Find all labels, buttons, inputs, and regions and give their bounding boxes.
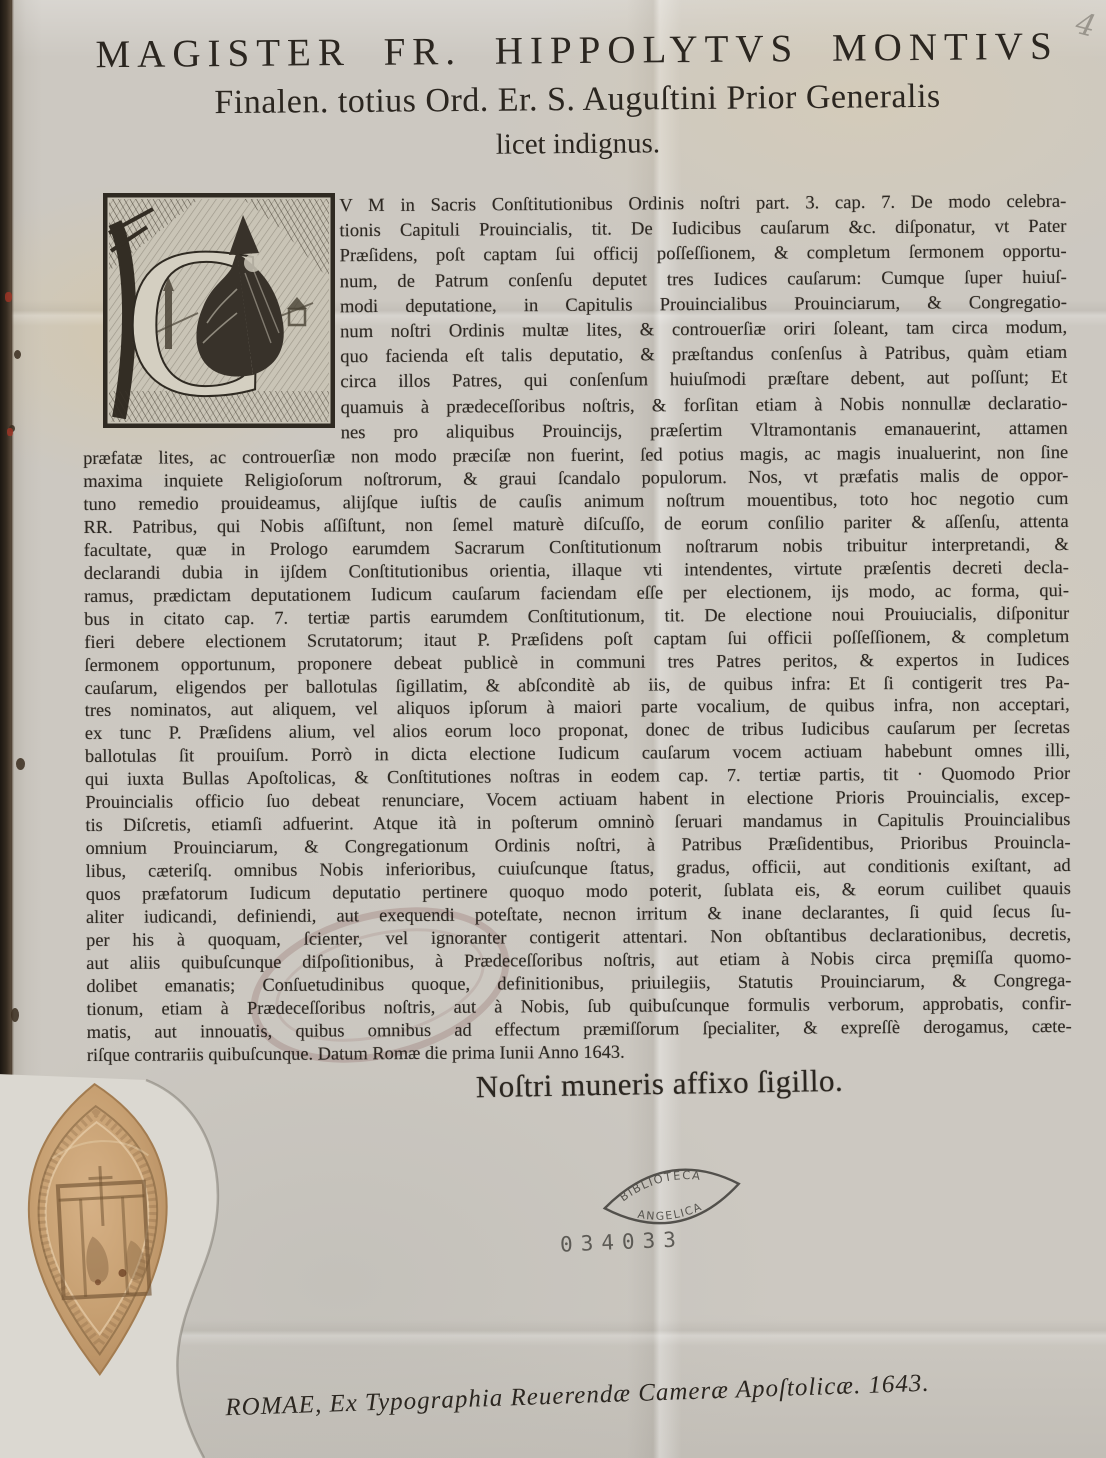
body-line: Præſidens, poſt captam ſui officij poſſe…	[340, 239, 1067, 269]
worm-hole	[14, 350, 21, 359]
worm-hole	[16, 758, 25, 770]
red-speck	[5, 292, 12, 302]
red-speck	[7, 428, 13, 436]
heading-line-2: Finalen. totius Ord. Er. S. Auguſtini Pr…	[85, 74, 1070, 127]
worm-hole	[11, 1008, 19, 1022]
wax-seal	[0, 1066, 258, 1458]
body-paragraph-indented: V M in Sacris Conſtitutionibus Ordinis n…	[339, 189, 1068, 445]
document-heading: MAGISTER FR. HIPPOLYTVS MONTIVS Finalen.…	[84, 24, 1070, 169]
body-paragraph-full: præfatæ lites, ac controuerſiæ non modo …	[83, 441, 1072, 1067]
document-photo: 4 MAGISTER FR. HIPPOLYTVS MONTIVS Finale…	[0, 0, 1106, 1458]
body-line: circa illos Patres, qui conſenſum huiuſm…	[340, 365, 1067, 395]
stamp-top-text: BIBLIOTECA	[615, 1165, 706, 1205]
heading-line-1: MAGISTER FR. HIPPOLYTVS MONTIVS	[84, 24, 1069, 79]
svg-text:BIBLIOTECA: BIBLIOTECA	[615, 1165, 706, 1205]
woodcut-initial-icon: C	[103, 193, 335, 428]
